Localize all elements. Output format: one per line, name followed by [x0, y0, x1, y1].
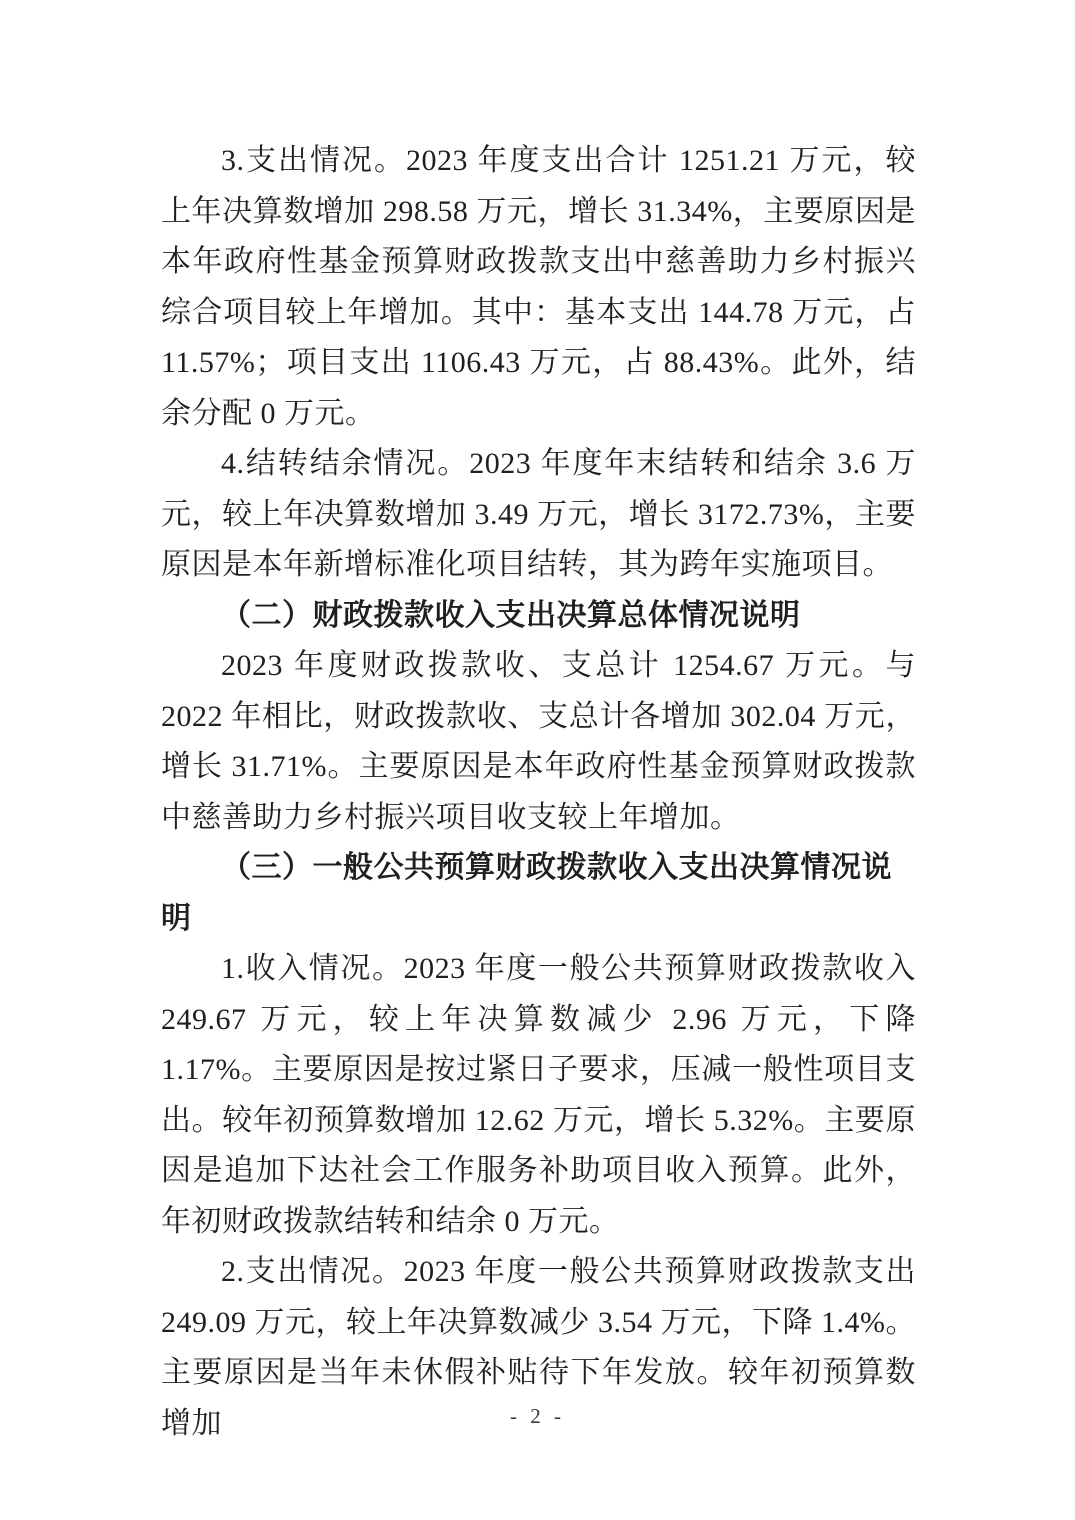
page-number: - 2 - [0, 1404, 1075, 1429]
paragraph-fiscal-appropriation-total: 2023 年度财政拨款收、支总计 1254.67 万元。与 2022 年相比，财… [161, 641, 916, 843]
heading-section-2-fiscal-appropriation-overview: （二）财政拨款收入支出决算总体情况说明 [161, 591, 916, 642]
paragraph-expenditure-overview: 3.支出情况。2023 年度支出合计 1251.21 万元，较上年决算数增加 2… [161, 136, 916, 439]
heading-section-3-general-public-budget: （三）一般公共预算财政拨款收入支出决算情况说明 [161, 843, 916, 944]
document-page: 3.支出情况。2023 年度支出合计 1251.21 万元，较上年决算数增加 2… [0, 0, 1075, 1520]
paragraph-general-budget-income: 1.收入情况。2023 年度一般公共预算财政拨款收入 249.67 万元，较上年… [161, 944, 916, 1247]
paragraph-carryover-balance: 4.结转结余情况。2023 年度年末结转和结余 3.6 万元，较上年决算数增加 … [161, 439, 916, 591]
document-body: 3.支出情况。2023 年度支出合计 1251.21 万元，较上年决算数增加 2… [161, 136, 916, 1449]
